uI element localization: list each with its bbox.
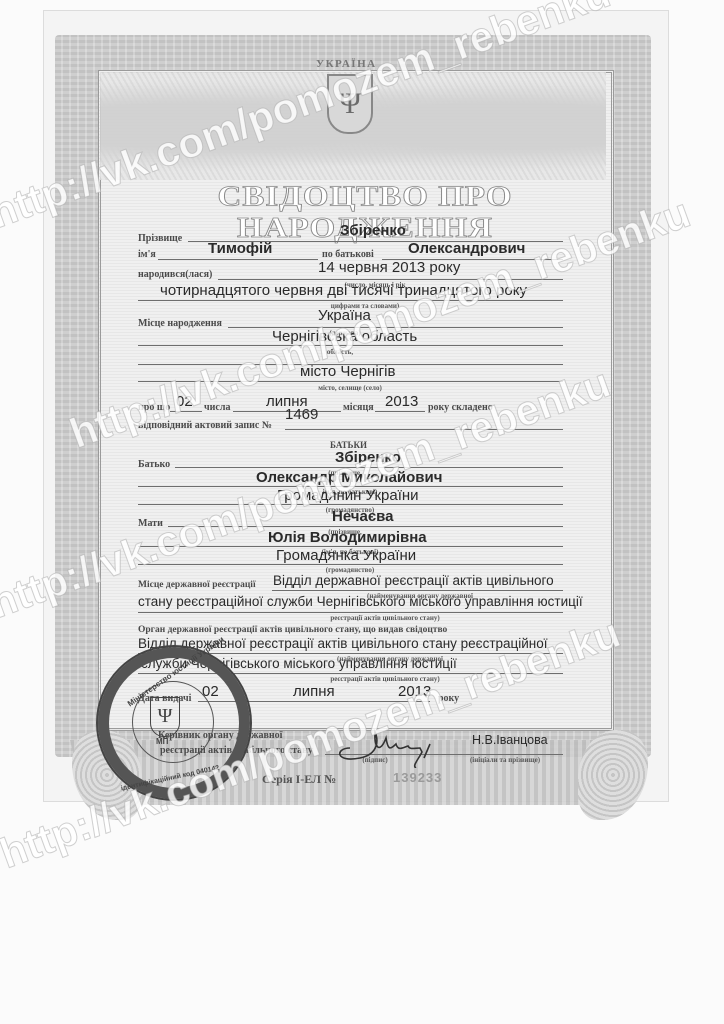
- mother-citizenship: Громадянка України: [276, 547, 416, 564]
- record-day: 02: [176, 393, 193, 410]
- name-line: [158, 259, 318, 260]
- birthplace-region-line: [138, 345, 563, 346]
- father-citizenship-line: [138, 504, 563, 505]
- record-number: 1469: [285, 406, 318, 423]
- mother-name: Юлія Володимирівна: [268, 529, 427, 546]
- mother-label: Мати: [138, 518, 163, 529]
- record-year-line: [375, 411, 425, 412]
- record-month-label: місяця: [343, 402, 374, 413]
- father-citizenship: Громадянин України: [277, 487, 419, 504]
- child-surname: Збіренко: [340, 222, 406, 239]
- city-caption: місто, селище (село): [300, 384, 400, 392]
- record-prefix: про що: [138, 402, 170, 413]
- region-caption: область,: [310, 348, 370, 356]
- record-day-line: [170, 411, 202, 412]
- issue-month: липня: [293, 683, 335, 700]
- bird-ornament-icon: [578, 730, 648, 820]
- official-stamp: Ψ Міністерство юстиції України МП іденти…: [96, 645, 252, 801]
- record-year-label: року складено: [428, 402, 493, 413]
- father-surname-line: [175, 467, 563, 468]
- birthplace-city: місто Чернігів: [300, 363, 395, 380]
- record-number-label: відповідний актовий запис №: [138, 420, 272, 431]
- birth-date-words-line: [138, 300, 563, 301]
- official-caption: (ініціали та прізвище): [450, 756, 560, 764]
- birth-date: 14 червня 2013 року: [318, 259, 460, 276]
- name-label: ім'я: [138, 249, 156, 260]
- registration-place-line2-value: стану реєстраційної служби Чернігівськог…: [138, 594, 583, 609]
- issue-year: 2013: [398, 683, 431, 700]
- child-name: Тимофій: [208, 240, 272, 257]
- issuer-label: Орган державної реєстрації актів цивільн…: [138, 625, 447, 635]
- father-label: Батько: [138, 459, 170, 470]
- stamp-code-text: ідентифікаційний код 040142: [120, 765, 220, 793]
- issuer-caption2: реєстрації актів цивільного стану): [300, 675, 470, 683]
- mother-surname-line: [168, 526, 563, 527]
- birth-date-line: [218, 279, 563, 280]
- surname-label: Прізвище: [138, 233, 182, 244]
- birthplace-label: Місце народження: [138, 318, 222, 329]
- born-label: народився(лася): [138, 269, 212, 280]
- record-number-line: [285, 429, 563, 430]
- mother-surname: Нечаєва: [332, 508, 394, 525]
- trident-icon: Ψ: [327, 74, 373, 134]
- registration-place-line1-value: Відділ державної реєстрації актів цивіль…: [273, 573, 554, 588]
- stamp-center: МП: [156, 737, 168, 746]
- birthplace-country: Україна: [318, 307, 371, 324]
- issue-year-suffix: року: [438, 693, 459, 704]
- mother-citizenship-line: [138, 564, 563, 565]
- father-surname: Збіренко: [335, 449, 401, 466]
- birthplace-region: Чернігівська область: [272, 328, 417, 345]
- country-name: УКРАЇНА: [316, 58, 377, 70]
- father-name: Олександр Миколайович: [256, 469, 442, 486]
- registration-place-caption2: реєстрації актів цивільного стану): [300, 614, 470, 622]
- child-patronymic: Олександрович: [408, 240, 525, 257]
- signature-caption: (підпис): [350, 756, 400, 764]
- registration-place-line2: [138, 612, 563, 613]
- record-day-label: числа: [204, 402, 230, 413]
- registration-place-label: Місце державної реєстрації: [138, 580, 256, 590]
- birth-date-words: чотирнадцятого червня дві тисячі тринадц…: [160, 282, 527, 299]
- serial-number: 139233: [393, 770, 442, 785]
- registration-place-line1: [272, 590, 563, 591]
- record-year: 2013: [385, 393, 418, 410]
- stamp-trident-icon: Ψ: [150, 697, 180, 737]
- serial-label: Серія І-ЕЛ №: [262, 772, 336, 787]
- birthplace-city-line: [138, 381, 563, 382]
- official-name: Н.В.Іванцова: [472, 733, 548, 747]
